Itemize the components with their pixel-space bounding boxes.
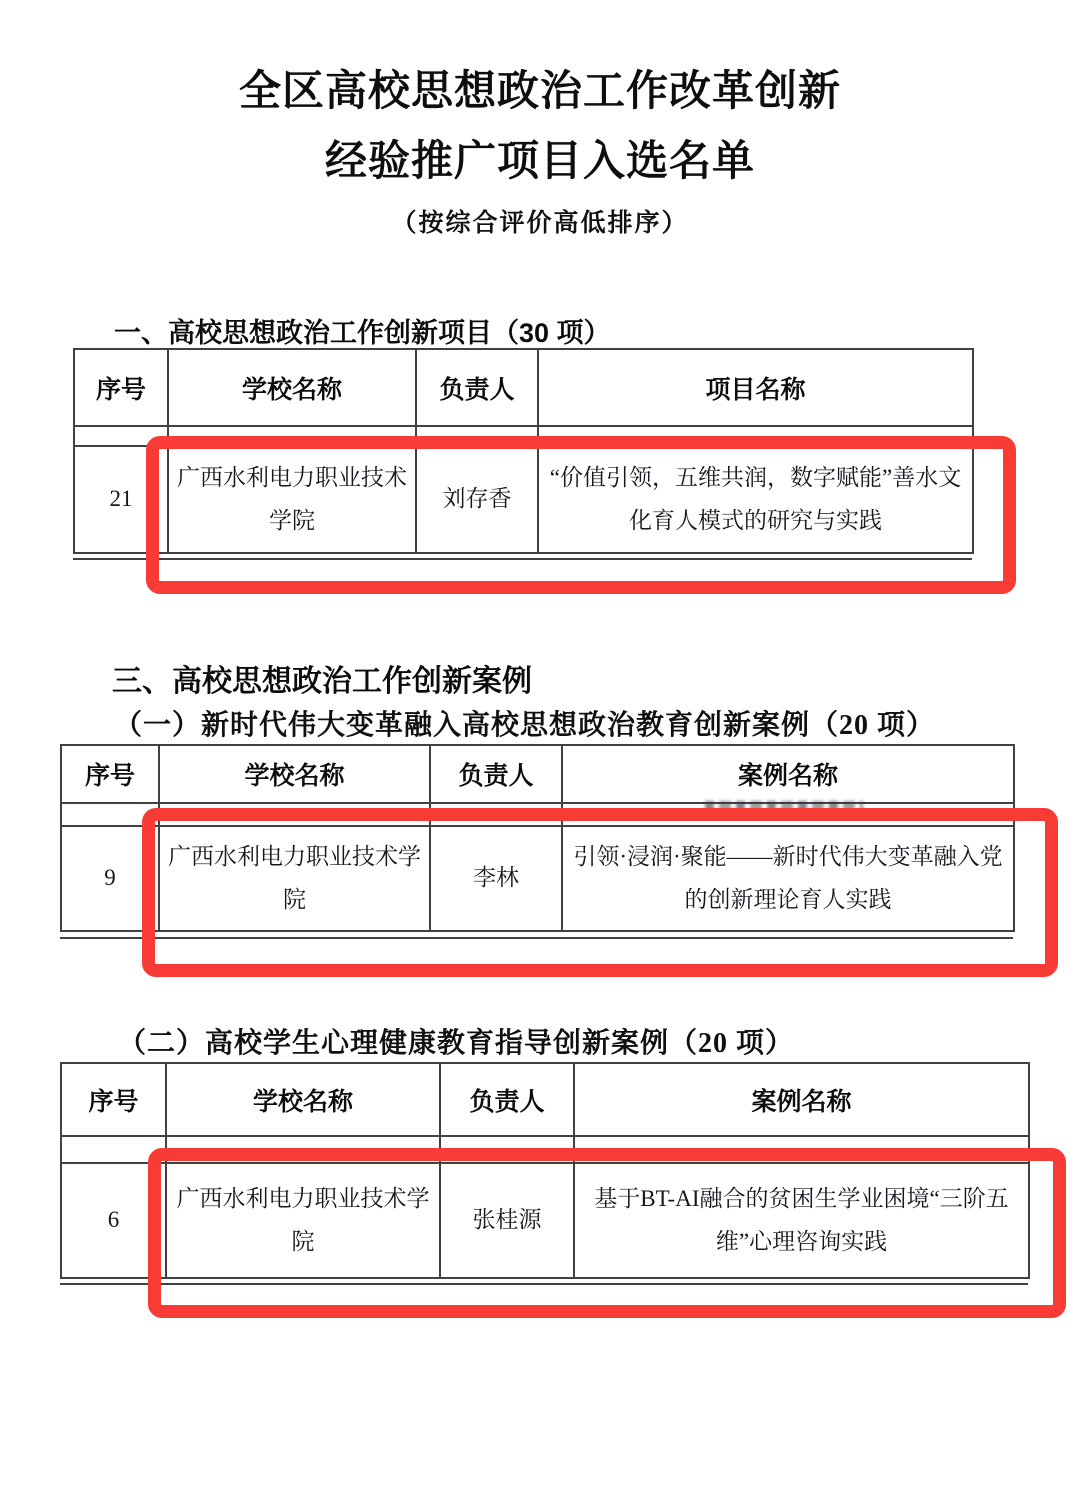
col-header-leader: 负责人 [440, 1063, 574, 1136]
subsection-two-heading: （二）高校学生心理健康教育指导创新案例（20 项） [118, 1021, 794, 1061]
table-header-row: 序号 学校名称 负责人 案例名称 [61, 745, 1014, 803]
col-header-school: 学校名称 [159, 745, 430, 803]
document-title-line2: 经验推广项目入选名单 [0, 128, 1080, 188]
col-header-serial: 序号 [61, 745, 159, 803]
highlight-box-case-one-row [142, 808, 1058, 977]
col-header-case-name: 案例名称 [562, 745, 1014, 803]
col-header-school: 学校名称 [168, 349, 416, 426]
document-page: 全区高校思想政治工作改革创新 经验推广项目入选名单 （按综合评价高低排序） 一、… [0, 0, 1080, 1488]
col-header-case-name: 案例名称 [574, 1063, 1029, 1136]
document-title-line1: 全区高校思想政治工作改革创新 [0, 58, 1080, 118]
col-header-leader: 负责人 [416, 349, 538, 426]
subsection-one-heading: （一）新时代伟大变革融入高校思想政治教育创新案例（20 项） [114, 703, 935, 743]
highlight-box-project-row [146, 436, 1016, 594]
document-subtitle: （按综合评价高低排序） [0, 203, 1080, 239]
col-header-serial: 序号 [74, 349, 168, 426]
col-header-serial: 序号 [61, 1063, 166, 1136]
table-header-row: 序号 学校名称 负责人 项目名称 [74, 349, 973, 426]
table-header-row: 序号 学校名称 负责人 案例名称 [61, 1063, 1029, 1136]
highlight-box-case-two-row [148, 1148, 1066, 1318]
col-header-leader: 负责人 [430, 745, 562, 803]
section-one-heading: 一、高校思想政治工作创新项目（30 项） [114, 311, 611, 350]
col-header-project-name: 项目名称 [538, 349, 973, 426]
section-three-heading: 三、高校思想政治工作创新案例 [112, 656, 532, 700]
col-header-school: 学校名称 [166, 1063, 440, 1136]
